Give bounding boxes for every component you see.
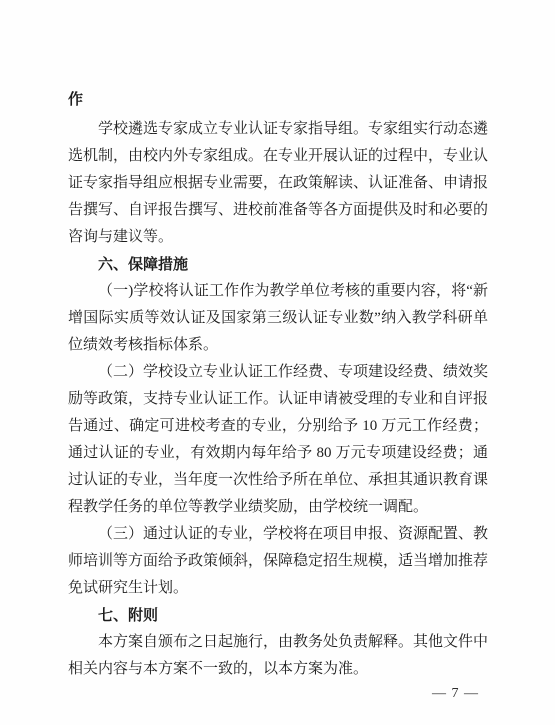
- text-line: 相关内容与本方案不一致的，以本方案为准。: [68, 656, 488, 683]
- page-number: — 7 —: [432, 686, 479, 702]
- paragraph: 学校遴选专家成立专业认证专家指导组。专家组实行动态遴选机制，由校内外专家组成。在…: [68, 116, 488, 251]
- section-heading: 六、保障措施: [68, 251, 488, 278]
- text-line: （一)学校将认证工作作为教学单位考核的重要内容，将“新: [68, 278, 488, 305]
- text-line: 增国际实质等效认证及国家第三级认证专业数”纳入教学科研单: [68, 305, 488, 332]
- text-line: 选机制，由校内外专家组成。在专业开展认证的过程中，专业认: [68, 143, 488, 170]
- text-line: 告撰写、自评报告撰写、进校前准备等各方面提供及时和必要的: [68, 197, 488, 224]
- text-line: 本方案自颁布之日起施行，由教务处负责解释。其他文件中: [68, 629, 488, 656]
- text-line: 免试研究生计划。: [68, 575, 488, 602]
- text-line: （二）学校设立专业认证工作经费、专项建设经费、绩效奖: [68, 359, 488, 386]
- text-line: 七、附则: [68, 602, 488, 629]
- section-heading: 七、附则: [68, 602, 488, 629]
- paragraph: 本方案自颁布之日起施行，由教务处负责解释。其他文件中相关内容与本方案不一致的，以…: [68, 629, 488, 683]
- section-heading: 作: [68, 86, 488, 113]
- text-line: 学校遴选专家成立专业认证专家指导组。专家组实行动态遴: [68, 116, 488, 143]
- text-line: 程教学任务的单位等教学业绩奖励，由学校统一调配。: [68, 494, 488, 521]
- text-line: 过认证的专业，当年度一次性给予所在单位、承担其通识教育课: [68, 467, 488, 494]
- paragraph: （二）学校设立专业认证工作经费、专项建设经费、绩效奖励等政策，支持专业认证工作。…: [68, 359, 488, 521]
- text-line: 咨询与建议等。: [68, 224, 488, 251]
- document-text-block: 作学校遴选专家成立专业认证专家指导组。专家组实行动态遴选机制，由校内外专家组成。…: [68, 86, 488, 683]
- paragraph: （一)学校将认证工作作为教学单位考核的重要内容，将“新增国际实质等效认证及国家第…: [68, 278, 488, 359]
- paragraph: （三）通过认证的专业，学校将在项目申报、资源配置、教师培训等方面给予政策倾斜，保…: [68, 521, 488, 602]
- text-line: 位绩效考核指标体系。: [68, 332, 488, 359]
- text-line: 励等政策，支持专业认证工作。认证申请被受理的专业和自评报: [68, 386, 488, 413]
- text-line: 通过认证的专业，有效期内每年给予 80 万元专项建设经费；通: [68, 440, 488, 467]
- text-line: 师培训等方面给予政策倾斜，保障稳定招生规模，适当增加推荐: [68, 548, 488, 575]
- text-line: 告通过、确定可进校考查的专业，分别给予 10 万元工作经费；: [68, 413, 488, 440]
- text-line: 作: [68, 86, 488, 113]
- text-line: 证专家指导组应根据专业需要，在政策解读、认证准备、申请报: [68, 170, 488, 197]
- text-line: 六、保障措施: [68, 251, 488, 278]
- text-line: （三）通过认证的专业，学校将在项目申报、资源配置、教: [68, 521, 488, 548]
- document-page: 作学校遴选专家成立专业认证专家指导组。专家组实行动态遴选机制，由校内外专家组成。…: [0, 0, 555, 725]
